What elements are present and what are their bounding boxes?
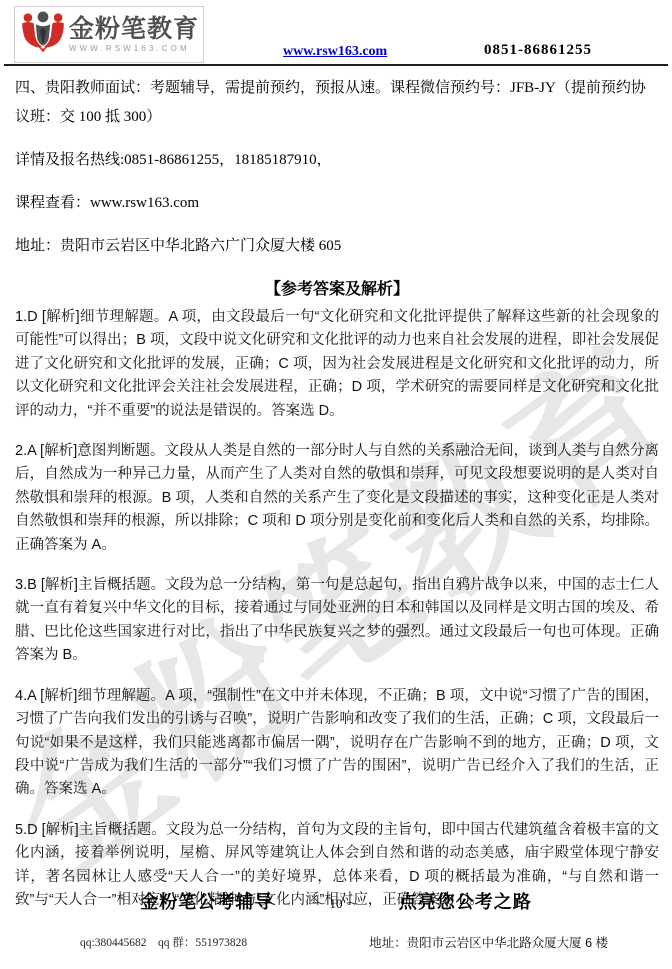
logo-site-url: WWW.RSW163.COM xyxy=(69,45,199,53)
answer-item-4: 4.A [解析]细节理解题。A 项，“强制性”在文中并未体现，不正确；B 项，文… xyxy=(15,685,659,802)
logo-text: 金粉笔教育 WWW.RSW163.COM xyxy=(69,17,199,53)
interview-notice-text: 四、贵阳教师面试：考题辅导，需提前预约，预报从速。课程微信预约号：JFB-JY（… xyxy=(15,74,659,132)
intro-section: 四、贵阳教师面试：考题辅导，需提前预约，预报从速。课程微信预约号：JFB-JY（… xyxy=(15,74,659,304)
course-link-text: 课程查看：www.rsw163.com xyxy=(15,189,659,218)
logo: 金粉笔教育 WWW.RSW163.COM xyxy=(14,6,204,63)
header-website-link[interactable]: www.rsw163.com xyxy=(283,44,387,60)
document-page: 金粉笔教育 金粉笔教育 WWW.RSW163.COM www.rsw163.co… xyxy=(0,0,672,969)
footer-address: 地址：贵阳市云岩区中华北路众厦大厦 6 楼 xyxy=(369,933,608,951)
header-phone-number: 0851-86861255 xyxy=(484,42,592,59)
answer-item-3: 3.B [解析]主旨概括题。文段为总一分结构，第一句是总起句，指出自鸦片战争以来… xyxy=(15,574,659,668)
address-text: 地址：贵阳市云岩区中华北路六广门众厦大楼 605 xyxy=(15,232,659,261)
footer-brand-text: 金粉笔公考辅导 xyxy=(140,888,273,914)
answers-heading: 【参考答案及解析】 xyxy=(15,275,659,304)
header-divider xyxy=(4,64,668,66)
footer-qq-contacts: qq:380445682 qq 群：551973828 xyxy=(80,934,247,950)
hotline-text: 详情及报名热线:0851-86861255，18185187910， xyxy=(15,146,659,175)
footer-slogan-text: 点亮您公考之路 xyxy=(399,888,532,914)
answer-item-1: 1.D [解析]细节理解题。A 项，由文段最后一句“文化研究和文化批评提供了解释… xyxy=(15,306,659,423)
brand-people-icon xyxy=(20,7,66,62)
answer-item-2: 2.A [解析]意图判断题。文段从人类是自然的一部分时人与自然的关系融洽无间，谈… xyxy=(15,440,659,557)
footer-title-row: 金粉笔公考辅导 ～ 10 ～ 点亮您公考之路 xyxy=(0,888,672,914)
answers-section: 1.D [解析]细节理解题。A 项，由文段最后一句“文化研究和文化批评提供了解释… xyxy=(15,306,659,929)
page-number: ～ 10 ～ xyxy=(313,893,359,912)
logo-brand-name: 金粉笔教育 xyxy=(69,17,199,42)
